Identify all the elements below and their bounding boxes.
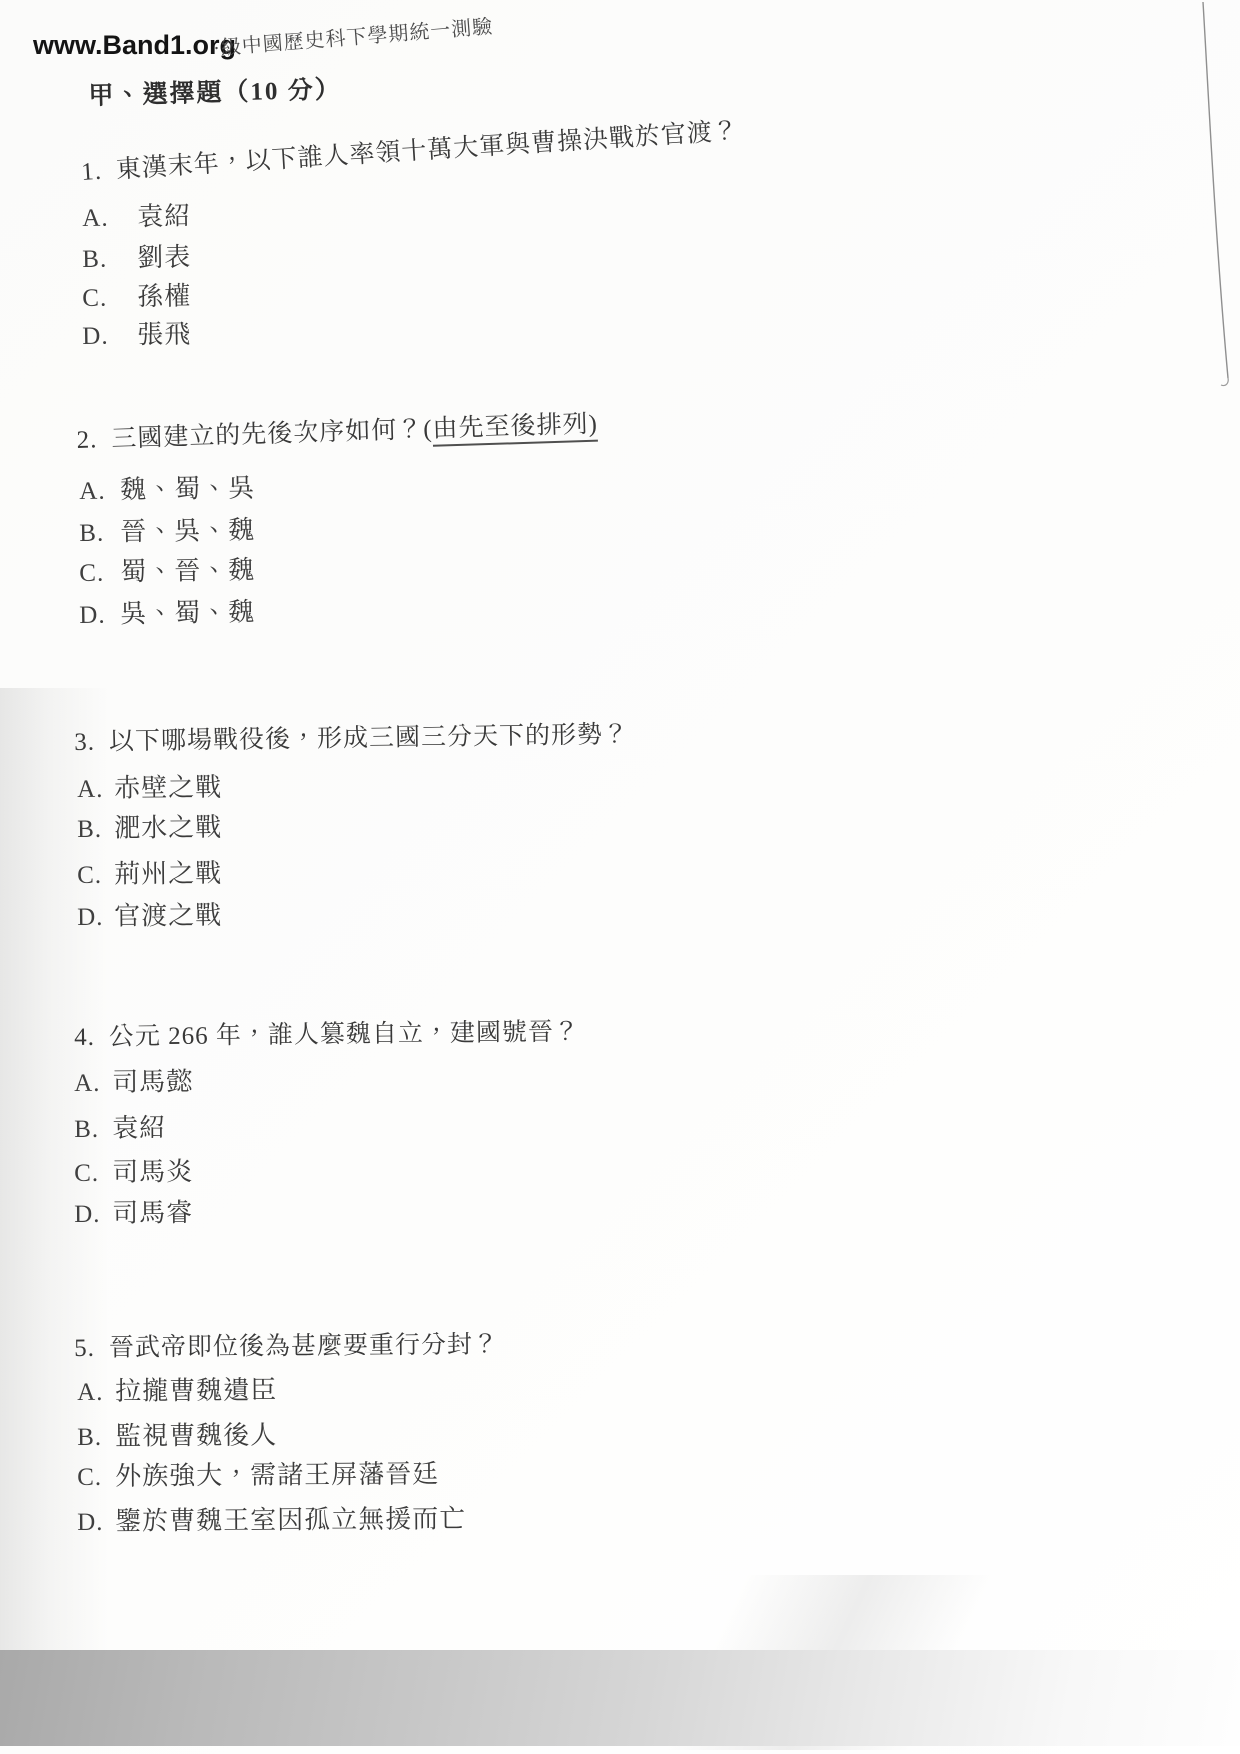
exam-title: ·級中國歷史科下學期統一測驗 xyxy=(212,10,494,61)
question-2-option-c: C.蜀、晉、魏 xyxy=(79,550,256,589)
question-1-option-d: D.張飛 xyxy=(82,313,192,352)
scanned-exam-page: www.Band1.org ·級中國歷史科下學期統一測驗 甲、選擇題（10 分）… xyxy=(0,0,1240,1754)
question-2-option-a: A.魏、蜀、吳 xyxy=(79,468,256,507)
question-2-option-d: D.吳、蜀、魏 xyxy=(79,592,256,631)
scan-shadow-left xyxy=(0,688,140,1654)
question-4-body: 公元 266 年，誰人篡魏自立，建國號晉？ xyxy=(109,1019,580,1051)
question-1-number: 1. xyxy=(80,158,102,187)
question-2-text: 2.三國建立的先後次序如何？(由先至後排列) xyxy=(76,404,598,456)
section-title: 甲、選擇題（10 分） xyxy=(88,69,342,112)
question-3-text: 3.以下哪場戰役後，形成三國三分天下的形勢？ xyxy=(74,714,629,758)
question-5-body: 晉武帝即位後為甚麼要重行分封？ xyxy=(109,1331,499,1362)
question-2-option-b: B.晉、吳、魏 xyxy=(79,510,256,549)
scan-shadow-bottom xyxy=(0,1650,1240,1746)
question-4-text: 4.公元 266 年，誰人篡魏自立，建國號晉？ xyxy=(74,1012,580,1053)
scan-crease-line xyxy=(1190,0,1240,400)
question-2-body: 三國建立的先後次序如何？(由先至後排列) xyxy=(111,411,598,453)
question-1-option-c: C.孫權 xyxy=(82,275,192,314)
question-1-text: 1.東漢末年，以下誰人率領十萬大軍與曹操決戰於官渡？ xyxy=(80,111,740,188)
question-1-option-a: A.袁紹 xyxy=(82,195,192,234)
question-1-body: 東漢末年，以下誰人率領十萬大軍與曹操決戰於官渡？ xyxy=(115,118,740,184)
watermark-text: www.Band1.org xyxy=(33,30,236,61)
question-1-option-b: B.劉表 xyxy=(82,236,192,275)
question-3-body: 以下哪場戰役後，形成三國三分天下的形勢？ xyxy=(109,721,629,755)
question-2-number: 2. xyxy=(76,426,98,455)
